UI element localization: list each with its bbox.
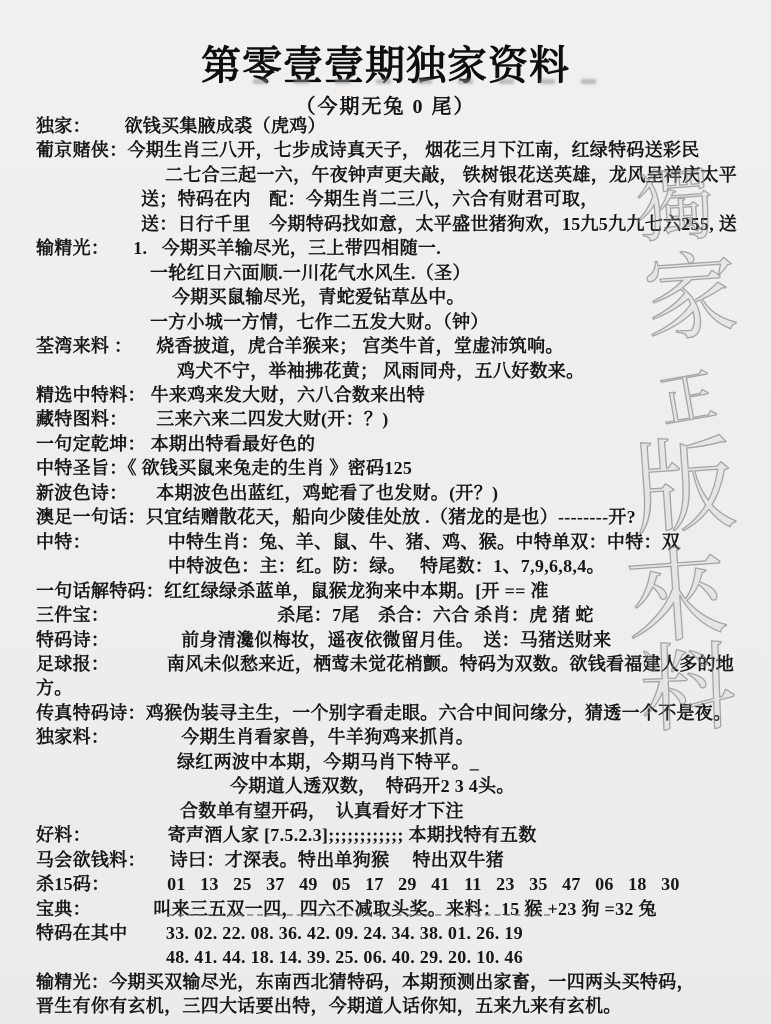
line-text: 今期道人透双数， 特码开2 3 4头。 — [230, 776, 515, 796]
text-line: 新波色诗： 本期波色出蓝红，鸡蛇看了也发财。(开？) — [36, 481, 763, 505]
line-label: 三件宝： — [36, 605, 109, 625]
line-text: 绿红两波中本期，今期马肖下特平。_ — [177, 752, 479, 772]
text-line: 一方小城一方情，七作二五发大财。（钟） — [36, 310, 763, 334]
text-line: 一轮红日六面顺.一川花气水风生.（圣） — [36, 261, 763, 285]
line-label: 传真特码诗： — [36, 703, 146, 723]
text-line: 一句定乾坤： 本期出特看最好色的 — [36, 432, 763, 456]
line-text: 晋生有你有玄机，三四大话要出特，今期道人话你知，五来九来有玄机。 — [36, 996, 622, 1016]
text-line: 特码在其中 33. 02. 22. 08. 36. 42. 09. 24. 34… — [36, 921, 763, 945]
text-line: 输精光：今期买双输尽光，东南西北猜特码，本期预测出家畜，一四两头买特码， — [36, 970, 763, 994]
line-label: 澳足一句话： — [36, 507, 146, 527]
text-line: 澳足一句话：只宜结赠散花天，船向少陵佳处放 .（猪龙的是也）--------开? — [36, 505, 763, 529]
text-line: 一句话解特码：红红绿绿杀蓝单，鼠猴龙狗来中本期。[开 == 准 — [36, 579, 763, 603]
line-label: 新波色诗： — [36, 483, 128, 503]
text-line: 中特圣旨：《 欲钱买鼠来兔走的生肖 》密码125 — [36, 456, 763, 480]
text-line: 48. 41. 44. 18. 14. 39. 25. 06. 40. 29. … — [36, 945, 763, 969]
line-text: 合数单有望开码， 认真看好才下注 — [180, 801, 464, 821]
line-text: 诗曰：才深表。特出单狗猴 特出双牛猪 — [146, 850, 504, 870]
document-page: 第零壹壹期独家资料 （今期无兔 0 尾） 独家： 欲钱买集腋成裘（虎鸡）葡京赌侠… — [0, 0, 771, 1024]
line-text: 1. 今期买羊输尽光，三上带四相随一. — [109, 238, 441, 258]
text-line: 三件宝： 杀尾：7尾 杀合：六合 杀肖：虎 猪 蛇 — [36, 603, 763, 627]
text-line: 杀15码： 01 13 25 37 49 05 17 29 41 11 23 3… — [36, 872, 763, 896]
line-label: 独家： — [36, 116, 91, 136]
line-label: 杀15码： — [36, 874, 110, 894]
line-text: 红红绿绿杀蓝单，鼠猴龙狗来中本期。[开 == 准 — [164, 581, 549, 601]
line-label: 输精光： — [36, 238, 109, 258]
text-line: 荃湾来料 ： 烧香披道，虎合羊猴来； 宫类牛首，堂虚沛筑响。 — [36, 334, 763, 358]
line-text: 中特波色：主：红。防：绿。 特尾数：1、7,9,6,8,4。 — [168, 556, 605, 576]
text-line: 精选中特料： 牛来鸡来发大财，六八合数来出特 — [36, 383, 763, 407]
text-line: 鸡犬不宁，举袖拂花黄； 风雨同舟，五八好数来。 — [36, 359, 763, 383]
line-text: 01 13 25 37 49 05 17 29 41 11 23 35 47 0… — [110, 874, 680, 894]
line-text: 今期生肖看家兽，牛羊狗鸡来抓肖。 — [109, 727, 474, 747]
line-label: 中特圣旨： — [36, 458, 128, 478]
line-label: 输精光： — [36, 972, 109, 992]
line-text: 鸡猴伪装寻主生，一个别字看走眼。六合中间问缘分，猜透一个不是夜。 — [146, 703, 732, 723]
content-lines: 独家： 欲钱买集腋成裘（虎鸡）葡京赌侠：今期生肖三八开，七步成诗真天子， 烟花三… — [36, 114, 763, 1019]
line-label: 一句话解特码： — [36, 581, 164, 601]
line-text: 送：日行千里 今期特码找如意，太平盛世猪狗欢，15九5九九七六255, 送 — [141, 214, 737, 234]
text-line: 合数单有望开码， 认真看好才下注 — [36, 799, 763, 823]
line-label: 精选中特料： — [36, 385, 146, 405]
line-text: 二七合三起一六，午夜钟声更夫敲， 铁树银花送英雄，龙风呈祥庆太平 — [165, 165, 737, 185]
text-line: 特码诗： 前身清瀺似梅妆，遥夜依微留月佳。 送：马猪送财来 — [36, 628, 763, 652]
line-text: 48. 41. 44. 18. 14. 39. 25. 06. 40. 29. … — [166, 947, 523, 967]
text-line: 输精光： 1. 今期买羊输尽光，三上带四相随一. — [36, 236, 763, 260]
line-text: 前身清瀺似梅妆，遥夜依微留月佳。 送：马猪送财来 — [109, 630, 611, 650]
line-label: 荃湾来料 ： — [36, 336, 132, 356]
line-text: 烧香披道，虎合羊猴来； 宫类牛首，堂虚沛筑响。 — [132, 336, 563, 356]
line-label: 藏特图料： — [36, 409, 128, 429]
line-text: 今期买鼠输尽光，青蛇爱钻草丛中。 — [172, 287, 465, 307]
line-text: 鸡犬不宁，举袖拂花黄； 风雨同舟，五八好数来。 — [177, 361, 584, 381]
line-text: 《 欲钱买鼠来兔走的生肖 》密码125 — [128, 458, 413, 478]
text-line: 晋生有你有玄机，三四大话要出特，今期道人话你知，五来九来有玄机。 — [36, 994, 763, 1018]
line-text: 杀尾：7尾 杀合：六合 杀肖：虎 猪 蛇 — [109, 605, 594, 625]
line-text: 三来六来二四发大财(开：？) — [128, 409, 389, 429]
line-text: 今期买双输尽光，东南西北猜特码，本期预测出家畜，一四两头买特码， — [109, 972, 695, 992]
line-text: 中特生肖：兔、羊、鼠、牛、猪、鸡、猴。中特单双：中特：双 — [91, 532, 680, 552]
line-text: 寄声酒人家 [7.5.2.3];;;;;;;;;;;; 本期找特有五数 — [91, 825, 537, 845]
line-label: 特码在其中 — [36, 923, 128, 943]
line-label: 葡京赌侠： — [36, 140, 128, 160]
title-ghost-artifact — [253, 79, 619, 84]
text-line: 传真特码诗：鸡猴伪装寻主生，一个别字看走眼。六合中间问缘分，猜透一个不是夜。 — [36, 701, 763, 725]
line-text: 一轮红日六面顺.一川花气水风生.（圣） — [150, 263, 471, 283]
line-text: 南风未似愁来近，栖莺未觉花梢颤。特码为双数。欲钱看福建人多的地方。 — [36, 654, 734, 698]
text-line: 二七合三起一六，午夜钟声更夫敲， 铁树银花送英雄，龙风呈祥庆太平 — [36, 163, 763, 187]
line-label: 中特： — [36, 532, 91, 552]
line-text: 只宜结赠散花天，船向少陵佳处放 .（猪龙的是也）--------开? — [146, 507, 636, 527]
text-line: 中特： 中特生肖：兔、羊、鼠、牛、猪、鸡、猴。中特单双：中特：双 — [36, 530, 763, 554]
text-line: 中特波色：主：红。防：绿。 特尾数：1、7,9,6,8,4。 — [36, 554, 763, 578]
text-line: 送；特码在内 配：今期生肖二三八，六合有财君可取， — [36, 187, 763, 211]
line-label: 马会欲钱料： — [36, 850, 146, 870]
line-text: 欲钱买集腋成裘（虎鸡） — [91, 116, 326, 136]
line-label: 足球报： — [36, 654, 109, 674]
dotted-divider — [168, 914, 550, 916]
line-text: 牛来鸡来发大财，六八合数来出特 — [146, 385, 425, 405]
line-label: 好料： — [36, 825, 91, 845]
text-line: 藏特图料： 三来六来二四发大财(开：？) — [36, 407, 763, 431]
text-line: 宝典： 叫来三五双一四，四六不减取头奖。来料：15 猴 +23 狗 =32 兔 — [36, 897, 763, 921]
text-line: 送：日行千里 今期特码找如意，太平盛世猪狗欢，15九5九九七六255, 送 — [36, 212, 763, 236]
line-text: 33. 02. 22. 08. 36. 42. 09. 24. 34. 38. … — [128, 923, 523, 943]
text-line: 独家料： 今期生肖看家兽，牛羊狗鸡来抓肖。 — [36, 725, 763, 749]
line-text: 今期生肖三八开，七步成诗真天子， 烟花三月下江南，红绿特码送彩民 — [128, 140, 700, 160]
line-label: 宝典： — [36, 899, 91, 919]
text-line: 好料： 寄声酒人家 [7.5.2.3];;;;;;;;;;;; 本期找特有五数 — [36, 823, 763, 847]
line-label: 特码诗： — [36, 630, 109, 650]
line-text: 本期波色出蓝红，鸡蛇看了也发财。(开？) — [128, 483, 499, 503]
text-line: 足球报： 南风未似愁来近，栖莺未觉花梢颤。特码为双数。欲钱看福建人多的地方。 — [36, 652, 763, 701]
line-label: 一句定乾坤： — [36, 434, 146, 454]
text-line: 马会欲钱料： 诗曰：才深表。特出单狗猴 特出双牛猪 — [36, 848, 763, 872]
line-text: 本期出特看最好色的 — [146, 434, 316, 454]
text-line: 绿红两波中本期，今期马肖下特平。_ — [36, 750, 763, 774]
text-line: 今期买鼠输尽光，青蛇爱钻草丛中。 — [36, 285, 763, 309]
line-text: 送；特码在内 配：今期生肖二三八，六合有财君可取， — [141, 189, 599, 209]
text-line: 今期道人透双数， 特码开2 3 4头。 — [36, 774, 763, 798]
line-label: 独家料： — [36, 727, 109, 747]
line-text: 一方小城一方情，七作二五发大财。（钟） — [150, 312, 489, 332]
text-line: 独家： 欲钱买集腋成裘（虎鸡） — [36, 114, 763, 138]
text-line: 葡京赌侠：今期生肖三八开，七步成诗真天子， 烟花三月下江南，红绿特码送彩民 — [36, 138, 763, 162]
